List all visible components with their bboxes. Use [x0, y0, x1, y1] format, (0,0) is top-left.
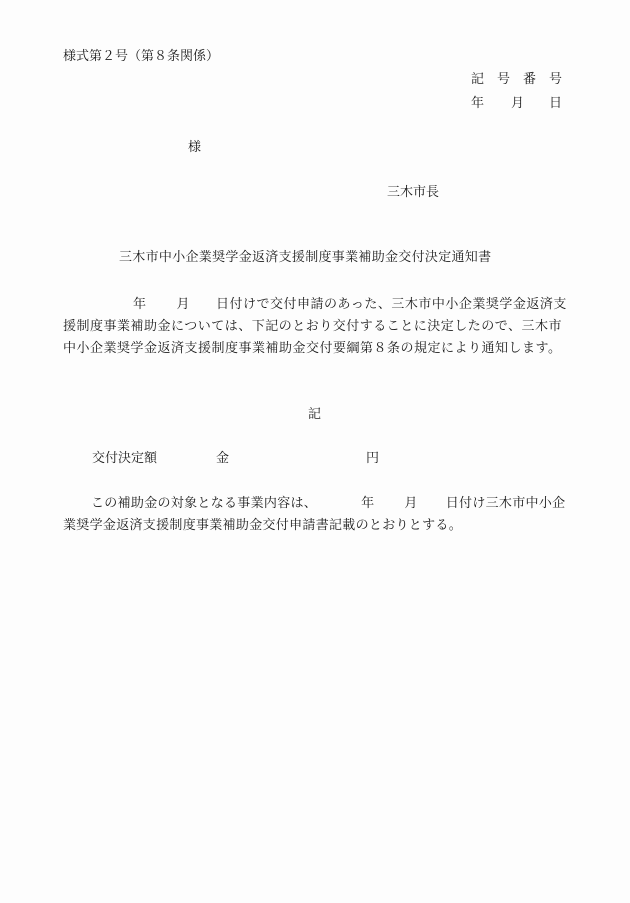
body-paragraph: 年月日付けで交付申請のあった、三木市中小企業奨学金返済支援制度事業補助金について…	[63, 294, 573, 360]
form-label: 様式第２号（第８条関係）	[63, 49, 219, 65]
amount-label: 交付決定額	[92, 451, 216, 467]
body-date-year: 年	[133, 297, 147, 312]
issuer: 三木市長	[387, 185, 439, 201]
addressee: 様	[188, 140, 201, 156]
target-date-year: 年	[361, 496, 374, 511]
amount-prefix: 金	[216, 451, 366, 467]
target-text-before: この補助金の対象となる事業内容は、	[91, 496, 317, 511]
target-paragraph: この補助金の対象となる事業内容は、年月日付け三木市中小企業奨学金返済支援制度事業…	[63, 493, 578, 537]
document-title: 三木市中小企業奨学金返済支援制度事業補助金交付決定通知書	[119, 250, 491, 266]
target-date-month: 月	[404, 496, 417, 511]
issue-date-year: 年	[471, 96, 511, 112]
ref-char: 号	[497, 72, 523, 88]
ref-char: 号	[549, 72, 562, 88]
issue-date-month: 月	[511, 96, 549, 112]
ref-char: 番	[523, 72, 549, 88]
amount-row: 交付決定額金円	[92, 451, 379, 467]
ref-char: 記	[471, 72, 497, 88]
issue-date: 年月日	[471, 96, 562, 112]
body-date-month: 月	[177, 297, 191, 312]
reference-number: 記号番号	[471, 72, 562, 88]
issue-date-day: 日	[549, 96, 562, 112]
ki-heading: 記	[308, 407, 321, 423]
amount-unit: 円	[366, 451, 379, 467]
